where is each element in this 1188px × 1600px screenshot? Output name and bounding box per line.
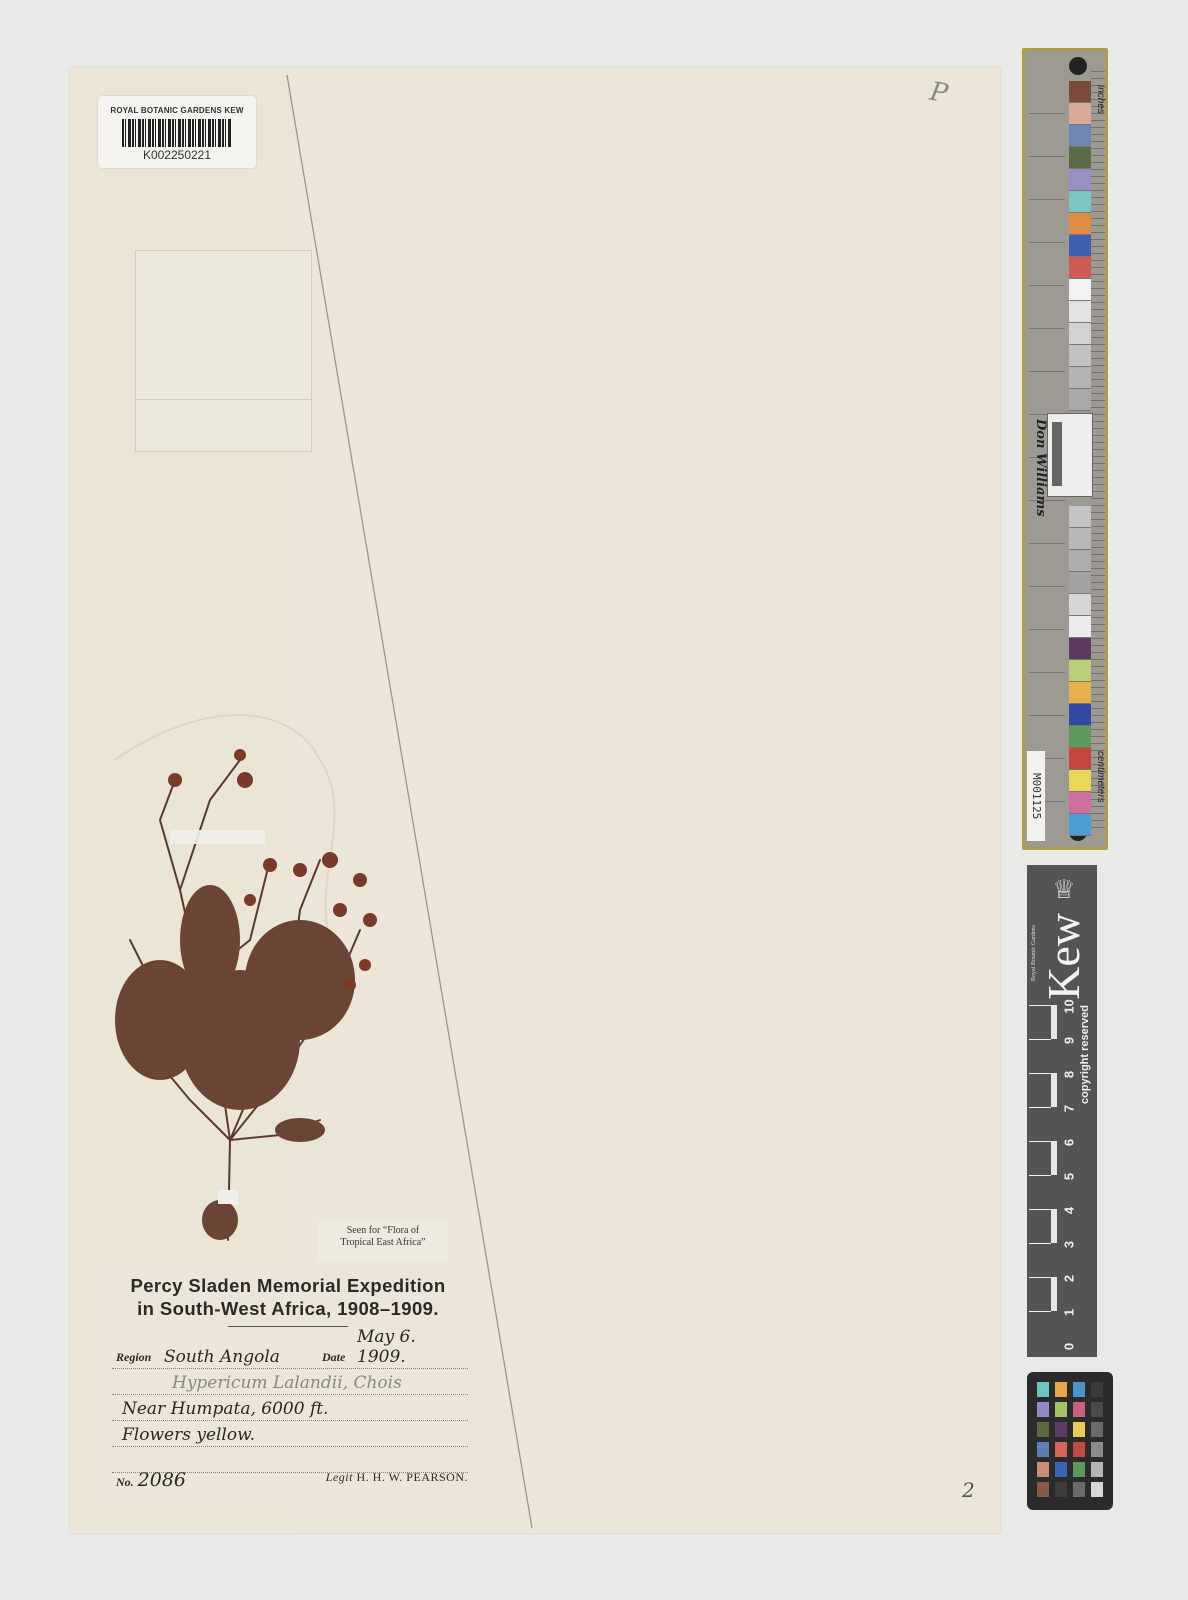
notes-row: Flowers yellow. bbox=[112, 1420, 468, 1447]
cm-white-segment bbox=[1051, 1005, 1057, 1039]
cm-white-segment bbox=[1051, 1277, 1057, 1311]
date-label: Date bbox=[322, 1350, 345, 1365]
pressed-plant-specimen bbox=[100, 740, 400, 1260]
colour-swatch bbox=[1069, 367, 1091, 389]
colour-swatch bbox=[1069, 279, 1091, 301]
colour-swatch bbox=[1069, 389, 1091, 411]
checker-patch bbox=[1073, 1382, 1085, 1397]
cm-block bbox=[1029, 1005, 1051, 1040]
colour-swatch bbox=[1069, 213, 1091, 235]
checker-patch bbox=[1037, 1462, 1049, 1477]
locality-row: Near Humpata, 6000 ft. bbox=[112, 1394, 468, 1421]
fragment-packet bbox=[135, 250, 312, 452]
checker-patch bbox=[1073, 1462, 1085, 1477]
colour-calibration-ruler: inches centimeters Don Williams M001125 bbox=[1022, 48, 1108, 850]
collector-name: H. H. W. PEARSON. bbox=[356, 1470, 468, 1484]
cm-white-segment bbox=[1051, 1209, 1057, 1243]
colour-swatch bbox=[1069, 814, 1091, 836]
title-divider bbox=[228, 1326, 348, 1327]
centimetre-scale bbox=[1029, 1005, 1057, 1345]
colour-swatch bbox=[1069, 169, 1091, 191]
collection-number: No. 2086 bbox=[116, 1469, 186, 1491]
region-value: South Angola bbox=[164, 1347, 280, 1367]
checker-patch bbox=[1055, 1462, 1067, 1477]
checker-patch bbox=[1037, 1382, 1049, 1397]
cm-number: 3 bbox=[1062, 1235, 1077, 1255]
cm-number: 8 bbox=[1062, 1065, 1077, 1085]
cm-number: 1 bbox=[1062, 1303, 1077, 1323]
grey-target bbox=[1047, 413, 1093, 497]
checker-patch bbox=[1091, 1402, 1103, 1417]
colour-swatch bbox=[1069, 257, 1091, 279]
expedition-title-line2: in South-West Africa, 1908–1909. bbox=[98, 1297, 478, 1320]
ruler-brand: Don Williams bbox=[1033, 419, 1048, 517]
colour-swatch bbox=[1069, 748, 1091, 770]
inches-label: inches bbox=[1095, 85, 1106, 114]
centimeters-label: centimeters bbox=[1095, 751, 1106, 803]
colour-swatch bbox=[1069, 682, 1091, 704]
checker-patch bbox=[1037, 1422, 1049, 1437]
cm-number: 10 bbox=[1062, 997, 1077, 1017]
colour-swatch bbox=[1069, 345, 1091, 367]
kew-logo: Kew bbox=[1041, 913, 1087, 1000]
colour-swatch bbox=[1069, 616, 1091, 638]
number-value: 2086 bbox=[138, 1469, 186, 1491]
colour-swatch bbox=[1069, 572, 1091, 594]
colour-swatch bbox=[1069, 704, 1091, 726]
determination-value: Hypericum Lalandii, Chois bbox=[172, 1373, 402, 1393]
cm-block bbox=[1029, 1311, 1051, 1346]
checker-patch bbox=[1055, 1402, 1067, 1417]
cm-block bbox=[1029, 1277, 1051, 1312]
region-date-row: Region South Angola Date May 6. 1909. bbox=[112, 1342, 468, 1369]
checker-patch bbox=[1073, 1402, 1085, 1417]
checker-patch bbox=[1091, 1442, 1103, 1457]
cm-number: 4 bbox=[1062, 1201, 1077, 1221]
colour-swatch bbox=[1069, 235, 1091, 257]
seen-for-line1: Seen for “Flora of bbox=[318, 1225, 448, 1237]
cm-white-segment bbox=[1051, 1073, 1057, 1107]
colour-swatch bbox=[1069, 301, 1091, 323]
checker-patch bbox=[1073, 1482, 1085, 1497]
colour-swatch bbox=[1069, 638, 1091, 660]
expedition-title-line1: Percy Sladen Memorial Expedition bbox=[98, 1274, 478, 1297]
crest-icon: ♕ bbox=[1049, 873, 1079, 907]
checker-patch bbox=[1037, 1482, 1049, 1497]
colour-swatch bbox=[1069, 323, 1091, 345]
packet-flap bbox=[136, 251, 311, 400]
checker-patch bbox=[1091, 1482, 1103, 1497]
cm-number: 7 bbox=[1062, 1099, 1077, 1119]
cm-white-segment bbox=[1051, 1141, 1057, 1175]
date-value: May 6. 1909. bbox=[357, 1327, 468, 1367]
kew-scale-bar: ♕ Royal Botanic Gardens Kew 109876543210… bbox=[1027, 865, 1097, 1357]
checker-patch bbox=[1037, 1402, 1049, 1417]
cm-number: 0 bbox=[1062, 1337, 1077, 1357]
cm-number: 5 bbox=[1062, 1167, 1077, 1187]
ruler-hole-top bbox=[1069, 57, 1087, 75]
colour-swatch bbox=[1069, 594, 1091, 616]
colour-swatch bbox=[1069, 726, 1091, 748]
colour-swatch bbox=[1069, 660, 1091, 682]
seen-for-label: Seen for “Flora of Tropical East Africa” bbox=[318, 1220, 448, 1261]
locality-value: Near Humpata, 6000 ft. bbox=[122, 1399, 328, 1419]
ruler-scale-ticks bbox=[1091, 71, 1105, 831]
colour-swatch bbox=[1069, 770, 1091, 792]
colour-swatch bbox=[1069, 191, 1091, 213]
colour-swatches-upper bbox=[1069, 81, 1091, 411]
checker-patch bbox=[1055, 1422, 1067, 1437]
cm-block bbox=[1029, 1141, 1051, 1176]
collector: Legit H. H. W. PEARSON. bbox=[326, 1470, 468, 1485]
centimetre-numbers: 109876543210cm bbox=[1059, 1005, 1077, 1350]
checker-patch bbox=[1073, 1422, 1085, 1437]
colour-swatch bbox=[1069, 506, 1091, 528]
cm-number: 6 bbox=[1062, 1133, 1077, 1153]
colour-swatch bbox=[1069, 528, 1091, 550]
cm-block bbox=[1029, 1107, 1051, 1142]
cm-block bbox=[1029, 1243, 1051, 1278]
checker-patch bbox=[1091, 1422, 1103, 1437]
checker-patch bbox=[1055, 1482, 1067, 1497]
checker-patch bbox=[1073, 1442, 1085, 1457]
legit-prefix: Legit bbox=[326, 1470, 353, 1484]
seen-for-line2: Tropical East Africa” bbox=[318, 1237, 448, 1249]
cm-number: 9 bbox=[1062, 1031, 1077, 1051]
colour-swatch bbox=[1069, 81, 1091, 103]
colour-checker-card bbox=[1027, 1372, 1113, 1510]
ruler-id: M001125 bbox=[1027, 751, 1045, 841]
sheet-number: 2 bbox=[962, 1478, 975, 1502]
copyright-text: copyright reserved bbox=[1079, 1005, 1091, 1104]
colour-swatch bbox=[1069, 103, 1091, 125]
colour-swatch bbox=[1069, 550, 1091, 572]
kew-subtitle: Royal Botanic Gardens bbox=[1031, 925, 1037, 981]
barcode-icon bbox=[122, 119, 232, 147]
checker-patch bbox=[1037, 1442, 1049, 1457]
checker-patch bbox=[1091, 1462, 1103, 1477]
colour-swatches-lower bbox=[1069, 506, 1091, 836]
notes-value: Flowers yellow. bbox=[122, 1425, 255, 1445]
number-label: No. bbox=[116, 1475, 134, 1489]
cm-number: 2 bbox=[1062, 1269, 1077, 1289]
colour-swatch bbox=[1069, 147, 1091, 169]
colour-swatch bbox=[1069, 792, 1091, 814]
institution-name: ROYAL BOTANIC GARDENS KEW bbox=[98, 106, 256, 115]
barcode-number: K002250221 bbox=[98, 148, 256, 162]
determination-row: Hypericum Lalandii, Chois bbox=[112, 1368, 468, 1395]
checker-patch bbox=[1055, 1442, 1067, 1457]
barcode-label: ROYAL BOTANIC GARDENS KEW K002250221 bbox=[98, 96, 256, 168]
cm-block bbox=[1029, 1073, 1051, 1108]
colour-swatch bbox=[1069, 125, 1091, 147]
cm-block bbox=[1029, 1039, 1051, 1074]
cm-block bbox=[1029, 1209, 1051, 1244]
region-label: Region bbox=[116, 1350, 151, 1365]
expedition-label: Percy Sladen Memorial Expedition in Sout… bbox=[98, 1262, 478, 1497]
checker-patch bbox=[1055, 1382, 1067, 1397]
cm-block bbox=[1029, 1175, 1051, 1210]
checker-patch bbox=[1091, 1382, 1103, 1397]
